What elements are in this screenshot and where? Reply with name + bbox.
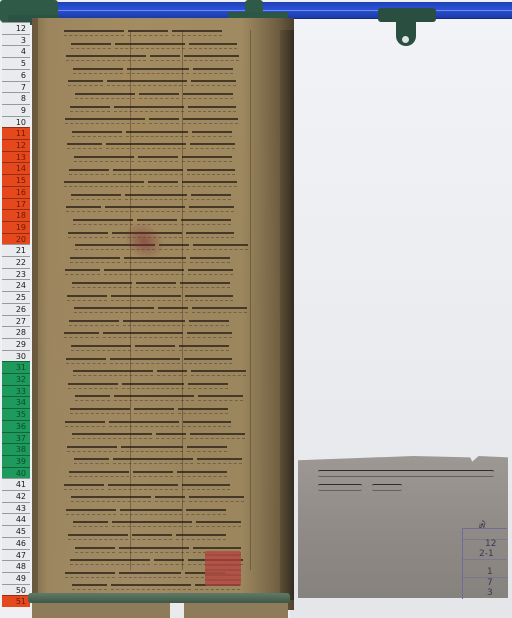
script-line <box>64 30 222 34</box>
script-line <box>68 80 236 84</box>
tape-measure: 1234567891011121314151617181920212223242… <box>2 22 32 618</box>
script-word <box>111 584 191 590</box>
tape-tick: 28 <box>2 326 30 338</box>
script-word <box>72 131 122 137</box>
script-word <box>178 408 228 414</box>
script-word <box>138 156 178 162</box>
script-word <box>158 307 188 313</box>
tape-tick: 37 <box>2 432 30 444</box>
script-line <box>67 143 235 147</box>
script-line <box>68 383 228 387</box>
script-word <box>154 559 184 565</box>
script-word <box>196 521 241 527</box>
tape-tick: 45 <box>2 525 30 537</box>
tape-tick: 21 <box>2 244 30 256</box>
script-word <box>66 206 101 212</box>
script-word <box>126 131 188 137</box>
script-word <box>68 232 108 238</box>
script-word <box>71 496 151 502</box>
tape-tick: 15 <box>2 174 30 186</box>
tape-tick: 32 <box>2 373 30 385</box>
script-word <box>189 320 229 326</box>
script-word <box>114 106 184 112</box>
script-line <box>73 521 241 525</box>
script-line <box>70 408 228 412</box>
tape-tick: 50 <box>2 584 30 596</box>
tape-tick: 35 <box>2 408 30 420</box>
tape-tick: 38 <box>2 443 30 455</box>
tape-tick: 5 <box>2 57 30 69</box>
script-word <box>75 547 115 553</box>
script-word <box>148 181 178 187</box>
script-word <box>69 471 129 477</box>
script-word <box>187 446 227 452</box>
script-line <box>67 295 233 299</box>
box-entry: 2-1 <box>479 549 494 559</box>
tape-tick: 46 <box>2 537 30 549</box>
note-script-line <box>318 470 494 477</box>
script-word <box>67 143 102 149</box>
tape-tick: 23 <box>2 268 30 280</box>
script-word <box>67 295 107 301</box>
script-line <box>69 169 235 173</box>
script-line <box>65 118 238 122</box>
tape-tick: 44 <box>2 513 30 525</box>
script-line <box>73 68 233 72</box>
script-line <box>69 320 229 324</box>
script-line <box>68 534 226 538</box>
script-word <box>119 547 189 553</box>
script-line <box>75 547 241 551</box>
script-word <box>132 534 172 540</box>
script-word <box>184 358 232 364</box>
script-line <box>66 358 232 362</box>
script-word <box>155 496 185 502</box>
script-line <box>71 43 237 47</box>
script-line <box>66 509 226 513</box>
script-word <box>182 484 230 490</box>
script-word <box>114 395 194 401</box>
note-script-line <box>318 484 362 491</box>
tape-tick: 36 <box>2 420 30 432</box>
script-word <box>73 68 123 74</box>
script-word <box>65 421 105 427</box>
tape-tick: 8 <box>2 92 30 104</box>
tape-tick: 14 <box>2 162 30 174</box>
script-word <box>64 332 99 338</box>
tape-tick: 41 <box>2 478 30 490</box>
tape-tick: 31 <box>2 361 30 373</box>
script-word <box>66 55 146 61</box>
script-word <box>135 345 175 351</box>
box-rule <box>463 577 507 578</box>
script-word <box>180 282 230 288</box>
script-word <box>192 131 232 137</box>
script-word <box>73 370 153 376</box>
tape-tick: 39 <box>2 455 30 467</box>
script-word <box>188 106 236 112</box>
tape-tick: 25 <box>2 291 30 303</box>
tape-tick: 40 <box>2 467 30 479</box>
script-word <box>119 572 181 578</box>
script-word <box>150 55 180 61</box>
script-word <box>75 395 110 401</box>
script-word <box>139 93 179 99</box>
script-line <box>72 131 232 135</box>
script-word <box>185 295 233 301</box>
box-entry: 1 <box>487 567 493 577</box>
tape-tick: 9 <box>2 104 30 116</box>
script-word <box>156 433 186 439</box>
tape-tick: 6 <box>2 69 30 81</box>
tape-tick: 11 <box>2 127 30 139</box>
box-entry: 3 <box>487 588 493 598</box>
tape-tick: 22 <box>2 256 30 268</box>
tape-tick: 19 <box>2 221 30 233</box>
box-entry: 7 <box>487 578 493 588</box>
script-word <box>65 572 115 578</box>
script-line <box>75 395 243 399</box>
script-word <box>112 521 192 527</box>
script-line <box>71 194 231 198</box>
box-entry: 12 <box>485 539 496 549</box>
script-word <box>192 307 247 313</box>
script-word <box>123 320 185 326</box>
script-line <box>72 433 245 437</box>
script-line <box>64 332 232 336</box>
tape-tick: 47 <box>2 549 30 561</box>
tape-tick: 30 <box>2 350 30 362</box>
scroll-right-edge <box>280 30 294 600</box>
script-line <box>74 156 232 160</box>
script-word <box>172 30 222 36</box>
script-word <box>64 484 104 490</box>
script-word <box>188 269 233 275</box>
script-word <box>110 358 180 364</box>
script-word <box>191 80 236 86</box>
tape-tick: 42 <box>2 490 30 502</box>
script-word <box>65 269 100 275</box>
tape-tick: 18 <box>2 209 30 221</box>
fold-line <box>250 30 251 570</box>
script-word <box>66 358 106 364</box>
script-word <box>109 421 179 427</box>
script-word <box>189 206 234 212</box>
script-line <box>71 345 229 349</box>
script-word <box>191 194 231 200</box>
clip-hole-icon <box>402 36 409 43</box>
script-line <box>75 93 233 97</box>
script-word <box>197 458 242 464</box>
script-word <box>64 181 144 187</box>
script-word <box>184 55 239 61</box>
script-word <box>66 509 116 515</box>
catalog-stamp-box: 12 2-1 1 7 3 <box>462 528 507 599</box>
script-word <box>68 383 118 389</box>
script-word <box>186 509 226 515</box>
script-word <box>72 282 132 288</box>
note-script-line <box>372 484 402 491</box>
script-word <box>149 118 179 124</box>
script-line <box>64 181 237 185</box>
script-word <box>74 458 109 464</box>
script-word <box>106 143 186 149</box>
tape-tick: 24 <box>2 279 30 291</box>
script-word <box>193 244 248 250</box>
script-word <box>128 30 168 36</box>
script-word <box>182 156 232 162</box>
script-word <box>181 219 231 225</box>
script-line <box>72 282 230 286</box>
script-word <box>191 370 246 376</box>
tape-tick: 4 <box>2 45 30 57</box>
tape-tick: 49 <box>2 572 30 584</box>
script-word <box>186 232 234 238</box>
script-word <box>73 219 133 225</box>
script-line <box>74 307 247 311</box>
script-line <box>71 496 244 500</box>
script-word <box>190 433 245 439</box>
tape-tick: 26 <box>2 303 30 315</box>
script-word <box>190 257 230 263</box>
script-word <box>136 282 176 288</box>
script-word <box>113 169 183 175</box>
script-word <box>111 295 181 301</box>
script-line <box>73 370 246 374</box>
tape-tick: 34 <box>2 396 30 408</box>
script-word <box>120 509 182 515</box>
tape-tick: 43 <box>2 502 30 514</box>
script-word <box>64 30 124 36</box>
script-word <box>73 521 108 527</box>
script-word <box>72 433 152 439</box>
script-word <box>74 156 134 162</box>
script-line <box>74 458 242 462</box>
script-word <box>134 408 174 414</box>
tape-tick: 13 <box>2 151 30 163</box>
script-word <box>176 534 226 540</box>
script-word <box>177 471 227 477</box>
script-line <box>64 484 230 488</box>
script-word <box>72 584 107 590</box>
script-word <box>115 43 185 49</box>
tape-tick: 12 <box>2 22 30 34</box>
script-word <box>65 118 145 124</box>
script-line <box>67 446 227 450</box>
script-word <box>71 43 111 49</box>
script-word <box>107 80 187 86</box>
script-line <box>70 106 236 110</box>
label-tab <box>170 603 184 618</box>
box-rule <box>463 559 507 560</box>
script-word <box>188 383 228 389</box>
script-word <box>71 194 121 200</box>
red-seal-square <box>205 551 241 586</box>
tape-tick: 48 <box>2 560 30 572</box>
tape-tick: 12 <box>2 139 30 151</box>
script-word <box>122 383 184 389</box>
script-word <box>133 471 173 477</box>
script-word <box>70 408 130 414</box>
script-word <box>193 68 233 74</box>
tape-tick: 20 <box>2 233 30 245</box>
tape-tick: 29 <box>2 338 30 350</box>
script-word <box>74 307 154 313</box>
script-word <box>190 143 235 149</box>
script-word <box>67 446 117 452</box>
script-line <box>73 219 231 223</box>
script-word <box>68 80 103 86</box>
script-word <box>127 68 189 74</box>
tape-tick: 17 <box>2 198 30 210</box>
script-word <box>189 43 237 49</box>
script-word <box>198 395 243 401</box>
scroll-bottom-rod <box>28 593 290 603</box>
script-line <box>66 206 234 210</box>
script-word <box>108 484 178 490</box>
script-word <box>75 93 135 99</box>
script-word <box>71 345 131 351</box>
tape-tick: 7 <box>2 81 30 93</box>
scroll-bottom-strip <box>32 603 288 618</box>
tape-tick: 3 <box>2 34 30 46</box>
script-word <box>69 169 109 175</box>
tape-tick: 16 <box>2 186 30 198</box>
script-word <box>183 118 238 124</box>
script-word <box>113 458 193 464</box>
script-word <box>103 332 183 338</box>
script-word <box>182 181 237 187</box>
script-word <box>189 496 244 502</box>
script-word <box>104 269 184 275</box>
script-line <box>66 55 239 59</box>
script-word <box>157 370 187 376</box>
tape-tick: 27 <box>2 315 30 327</box>
script-word <box>183 93 233 99</box>
script-line <box>65 572 225 576</box>
tape-tick: 51 <box>2 595 30 607</box>
script-line <box>69 471 227 475</box>
tape-tick: 10 <box>2 116 30 128</box>
script-line <box>65 421 231 425</box>
script-word <box>187 332 232 338</box>
script-word <box>70 257 120 263</box>
script-word <box>183 421 231 427</box>
script-word <box>187 169 235 175</box>
script-word <box>70 106 110 112</box>
script-word <box>68 534 128 540</box>
script-word <box>69 320 119 326</box>
script-word <box>121 446 183 452</box>
script-word <box>125 194 187 200</box>
script-line <box>65 269 233 273</box>
script-word <box>179 345 229 351</box>
script-word <box>105 206 185 212</box>
tape-tick: 33 <box>2 385 30 397</box>
script-word <box>70 559 150 565</box>
